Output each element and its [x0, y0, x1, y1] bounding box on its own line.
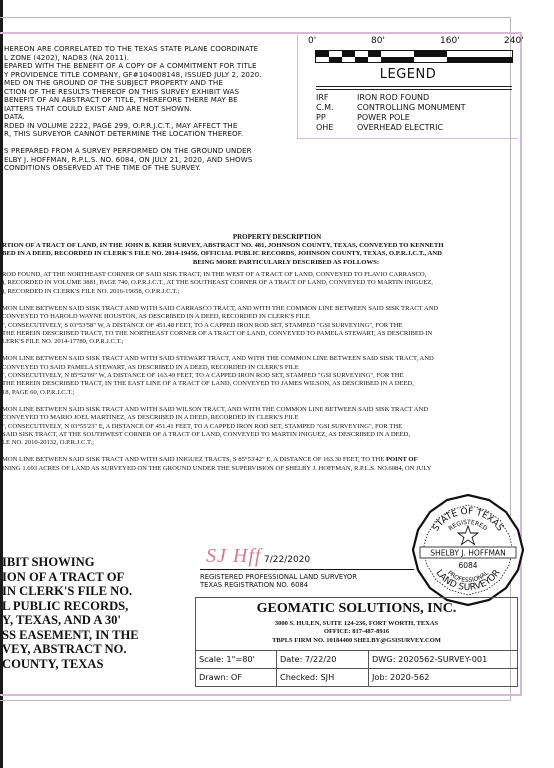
scale-label-160: 160'	[440, 36, 460, 46]
property-description-body: ROD FOUND, AT THE NORTHEAST CORNER OF SA…	[2, 271, 512, 482]
signature-date: 7/22/2020	[264, 555, 310, 565]
dwg-cell: DWG: 2020562-SURVEY-001	[369, 651, 517, 668]
company-firm: TBPLS FIRM NO. 10184400 SHELBY@GSISURVEY…	[196, 637, 517, 645]
exhibit-line: VEY, ABSTRACT NO.	[2, 642, 139, 657]
drawn-cell: Drawn: OF	[196, 668, 277, 687]
description-paragraph: MON LINE BETWEEN SAID SISK TRACT AND WIT…	[2, 355, 512, 397]
legend-list: IRFIRON ROD FOUND C.M.CONTROLLING MONUME…	[316, 93, 465, 133]
svg-text:SHELBY J. HOFFMAN: SHELBY J. HOFFMAN	[430, 549, 505, 558]
scale-label-80: 80'	[371, 36, 385, 46]
legend-item: OHEOVERHEAD ELECTRIC	[316, 123, 465, 133]
legend-title: LEGEND	[298, 67, 518, 82]
scale-label-0: 0'	[308, 36, 316, 46]
description-paragraph: MON LINE BETWEEN SAID SISK TRACT AND WIT…	[2, 305, 512, 347]
final-paragraph: MON LINE BETWEEN SAID SISK TRACT AND WIT…	[2, 456, 512, 473]
note-line: R, THIS SURVEYOR CANNOT DETERMINE THE LO…	[4, 130, 299, 139]
exhibit-line: IBIT SHOWING	[2, 555, 139, 570]
scale-label-240: 240'	[504, 36, 524, 46]
legend-item: PPPOWER POLE	[316, 113, 465, 123]
date-cell: Date: 7/22/20	[277, 651, 369, 668]
signature-line	[200, 569, 414, 570]
note-line: CONDITIONS OBSERVED AT THE TIME OF THE S…	[4, 164, 299, 173]
drawing-info-grid: Scale: 1"=80' Date: 7/22/20 DWG: 2020562…	[196, 650, 517, 687]
title-block: GEOMATIC SOLUTIONS, INC. 3000 S. HULEN, …	[195, 597, 518, 687]
survey-notes: HEREON ARE CORRELATED TO THE TEXAS STATE…	[4, 45, 299, 173]
surveyor-credentials: REGISTERED PROFESSIONAL LAND SURVEYOR TE…	[200, 573, 357, 589]
note-line: IATTERS THAT COULD EXIST AND ARE NOT SHO…	[4, 105, 299, 114]
scale-cell: Scale: 1"=80'	[196, 651, 277, 668]
legend-item: C.M.CONTROLLING MONUMENT	[316, 103, 465, 113]
description-paragraph: ROD FOUND, AT THE NORTHEAST CORNER OF SA…	[2, 271, 512, 296]
legend-box: 0' 80' 160' 240' LEGEND IRFIRON ROD FOUN…	[297, 34, 518, 139]
exhibit-line: L PUBLIC RECORDS,	[2, 599, 139, 614]
signature: SJ Hff	[206, 545, 261, 568]
company-address: 3000 S. HULEN, SUITE 124-236, FORT WORTH…	[196, 620, 517, 628]
legend-item: IRFIRON ROD FOUND	[316, 93, 465, 103]
property-description-title: PROPERTY DESCRIPTION	[0, 233, 554, 241]
exhibit-line: Y, TEXAS, AND A 30'	[2, 613, 139, 628]
exhibit-line: COUNTY, TEXAS	[2, 657, 139, 672]
description-paragraph: MON LINE BETWEEN SAID SISK TRACT AND WIT…	[2, 406, 512, 448]
surveyor-seal-icon: STATE OF TEXAS REGISTERED SHELBY J. HOFF…	[410, 492, 526, 608]
exhibit-line: SS EASEMENT, IN THE	[2, 628, 139, 643]
scale-bar	[315, 50, 513, 63]
exhibit-line: IN CLERK'S FILE NO.	[2, 584, 139, 599]
checked-cell: Checked: SJH	[277, 668, 369, 687]
company-name: GEOMATIC SOLUTIONS, INC.	[196, 601, 517, 617]
exhibit-line: ION OF A TRACT OF	[2, 570, 139, 585]
svg-text:6084: 6084	[458, 561, 477, 570]
company-phone: OFFICE: 817-487-8916	[196, 628, 517, 636]
exhibit-title: IBIT SHOWINGION OF A TRACT OFIN CLERK'S …	[2, 555, 139, 671]
job-cell: Job: 2020-562	[369, 668, 517, 687]
property-description-header: RTION OF A TRACT OF LAND, IN THE JOHN B.…	[2, 242, 510, 267]
legend-divider	[316, 86, 512, 90]
